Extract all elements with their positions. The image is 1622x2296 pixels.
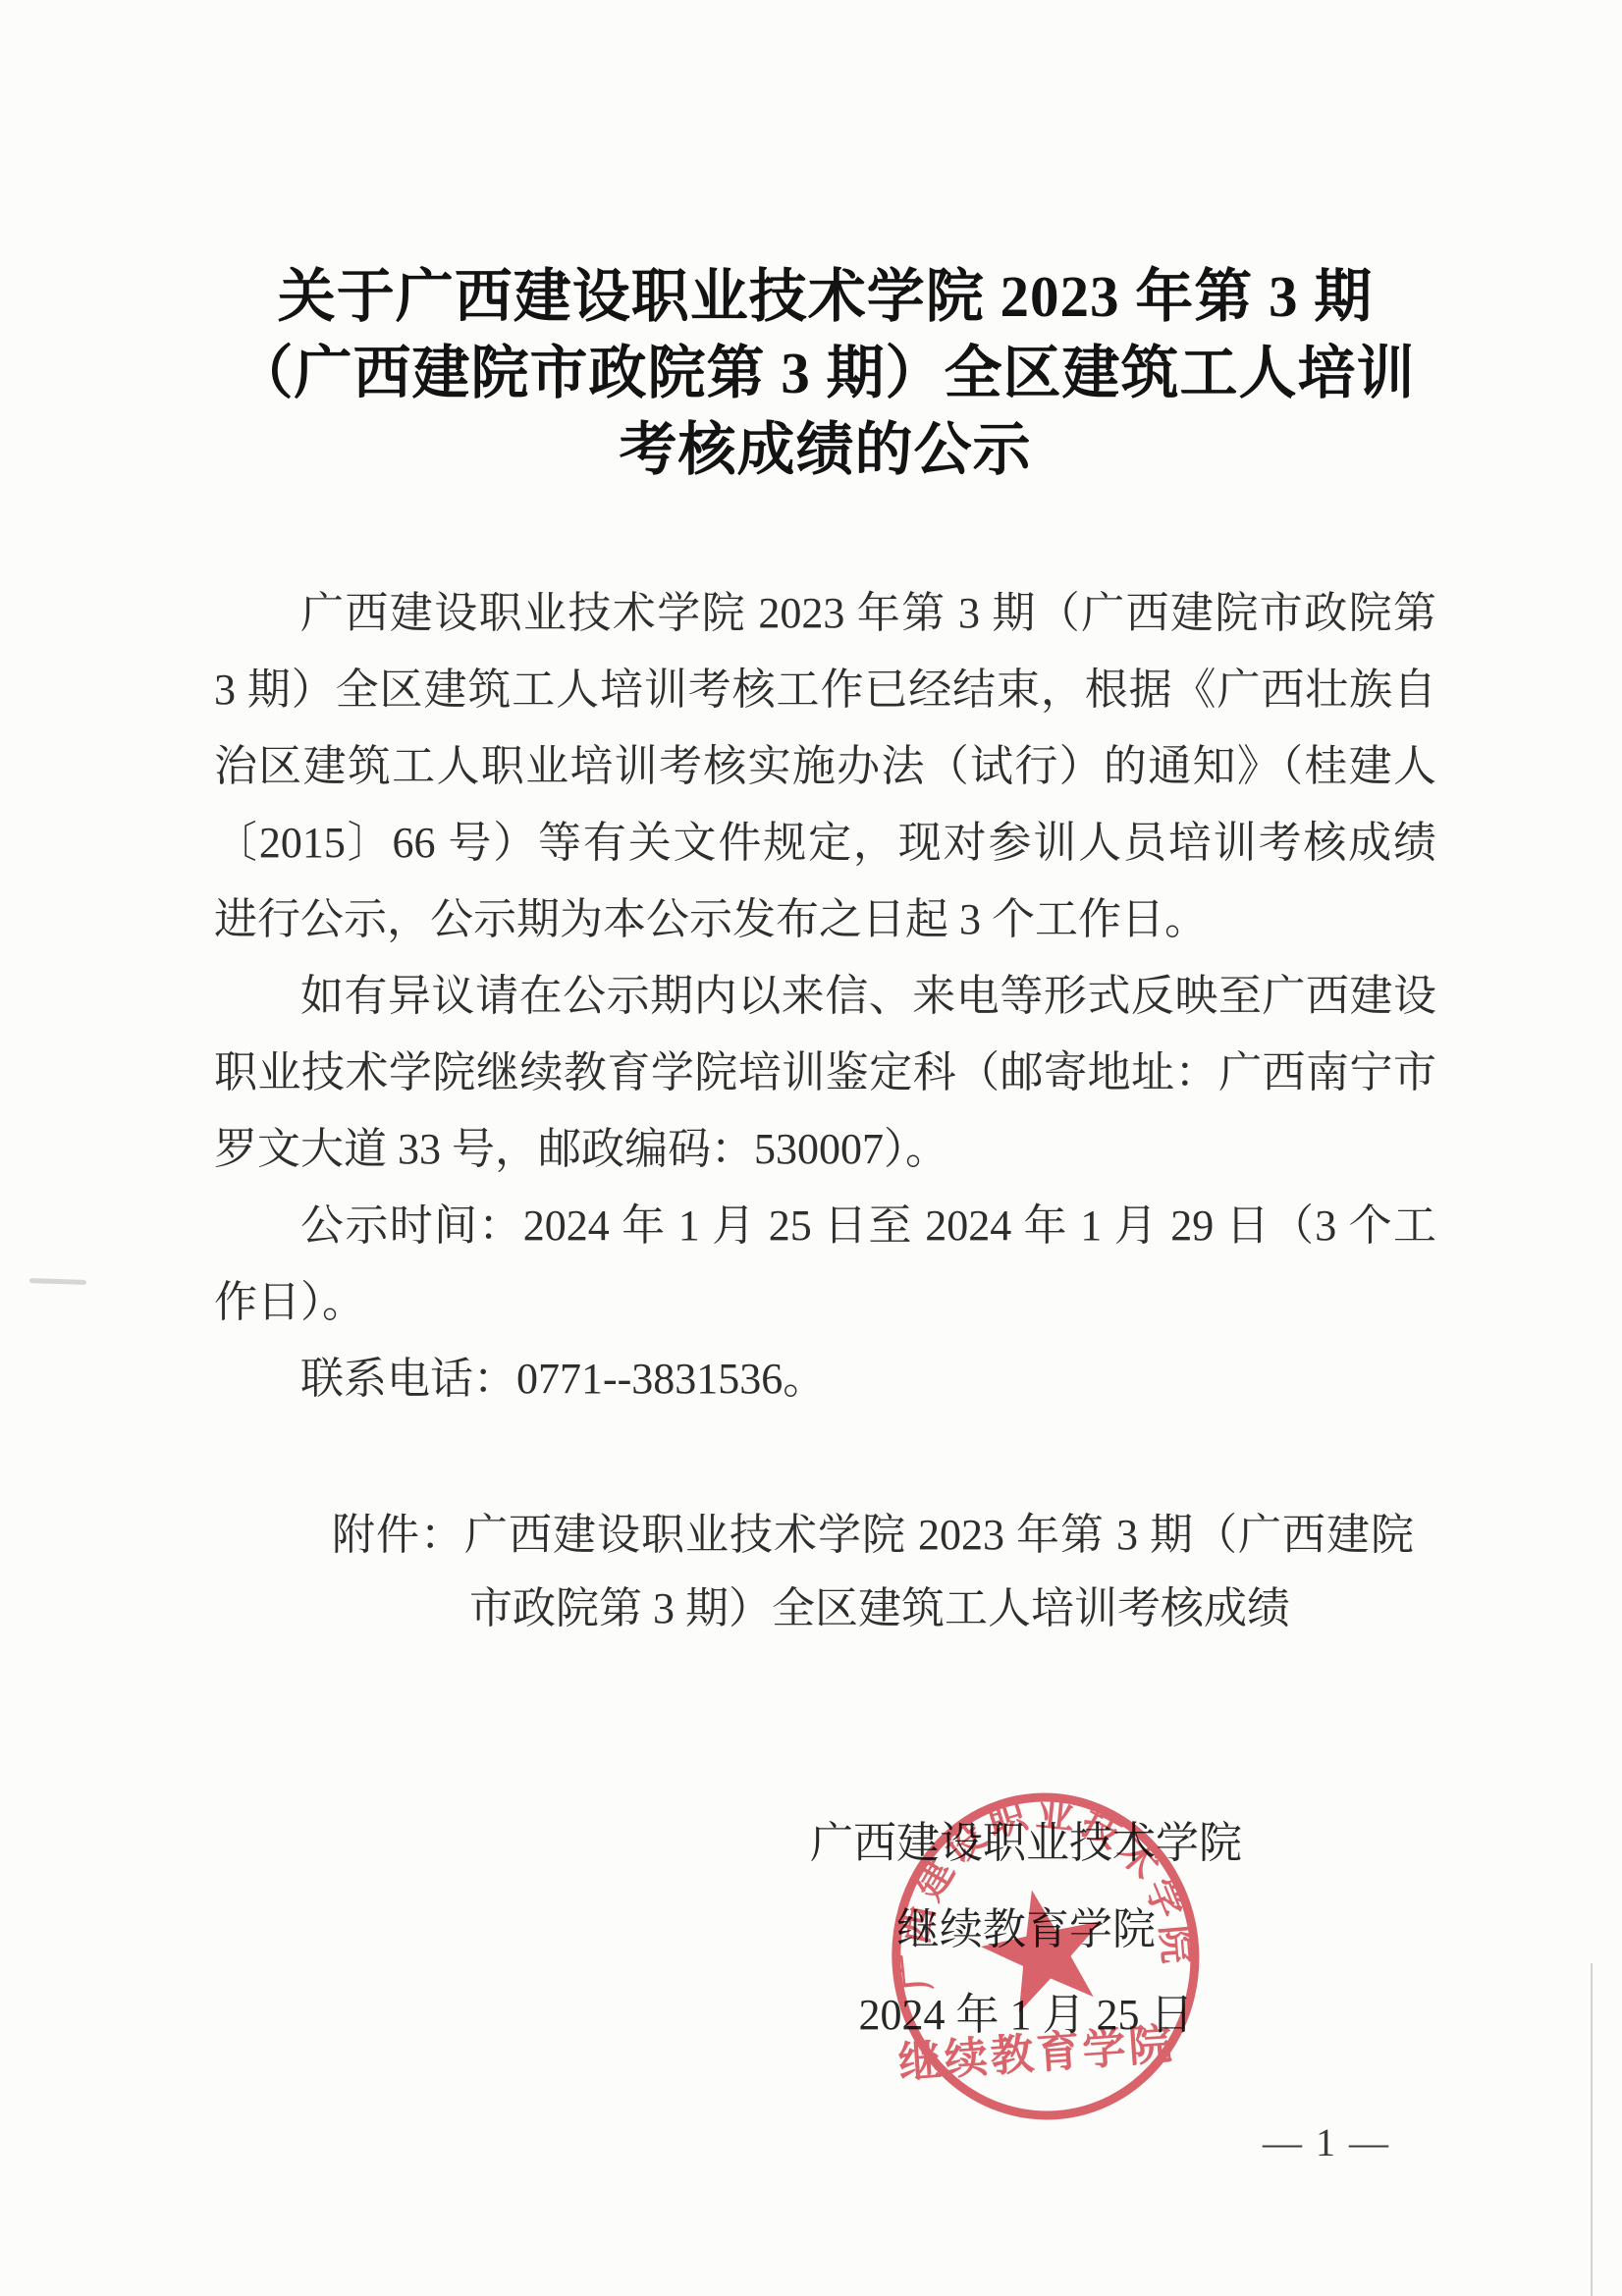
paragraph-2-line-1: 如有异议请在公示期内以来信、来电等形式反映至广西建设 bbox=[214, 958, 1436, 1035]
paragraph-3-line-2: 作日）。 bbox=[214, 1264, 1436, 1341]
paragraph-1-line-2: 3 期）全区建筑工人培训考核工作已经结束，根据《广西壮族自 bbox=[214, 652, 1436, 728]
document-body: 广西建设职业技术学院 2023 年第 3 期（广西建院市政院第 3 期）全区建筑… bbox=[214, 575, 1436, 1417]
paragraph-1-line-4: 〔2015〕66 号）等有关文件规定，现对参训人员培训考核成绩 bbox=[214, 805, 1436, 881]
paragraph-1-line-3: 治区建筑工人职业培训考核实施办法（试行）的通知》（桂建人 bbox=[214, 728, 1436, 805]
scan-smudge-artifact bbox=[29, 1278, 86, 1285]
paragraph-4-line-1: 联系电话：0771--3831536。 bbox=[214, 1341, 1436, 1417]
attachment-line-2: 市政院第 3 期）全区建筑工人培训考核成绩 bbox=[469, 1571, 1290, 1647]
paragraph-2-line-2: 职业技术学院继续教育学院培训鉴定科（邮寄地址：广西南宁市 bbox=[214, 1035, 1436, 1111]
paragraph-1-line-5: 进行公示，公示期为本公示发布之日起 3 个工作日。 bbox=[214, 881, 1436, 958]
title-line-1: 关于广西建设职业技术学院 2023 年第 3 期 bbox=[214, 258, 1436, 335]
document-page: 关于广西建设职业技术学院 2023 年第 3 期 （广西建院市政院第 3 期）全… bbox=[0, 0, 1622, 2296]
title-line-2: （广西建院市政院第 3 期）全区建筑工人培训 bbox=[214, 335, 1436, 411]
page-number: — 1 — bbox=[1214, 2118, 1439, 2167]
document-title: 关于广西建设职业技术学院 2023 年第 3 期 （广西建院市政院第 3 期）全… bbox=[214, 258, 1436, 488]
attachment-line-1: 附件：广西建设职业技术学院 2023 年第 3 期（广西建院 bbox=[332, 1497, 1414, 1574]
seal-bottom-text: 继续教育学院 bbox=[896, 2020, 1176, 2088]
paragraph-3-line-1: 公示时间：2024 年 1 月 25 日至 2024 年 1 月 29 日（3 … bbox=[214, 1188, 1436, 1264]
official-seal-stamp: 广西建设职业技术学院 继续教育学院 bbox=[856, 1760, 1235, 2157]
scan-edge-artifact bbox=[1591, 1963, 1593, 2296]
paragraph-2-line-3: 罗文大道 33 号，邮政编码：530007）。 bbox=[214, 1111, 1436, 1188]
title-line-3: 考核成绩的公示 bbox=[214, 411, 1436, 488]
star-icon bbox=[972, 1877, 1117, 2017]
paragraph-1-line-1: 广西建设职业技术学院 2023 年第 3 期（广西建院市政院第 bbox=[214, 575, 1436, 652]
